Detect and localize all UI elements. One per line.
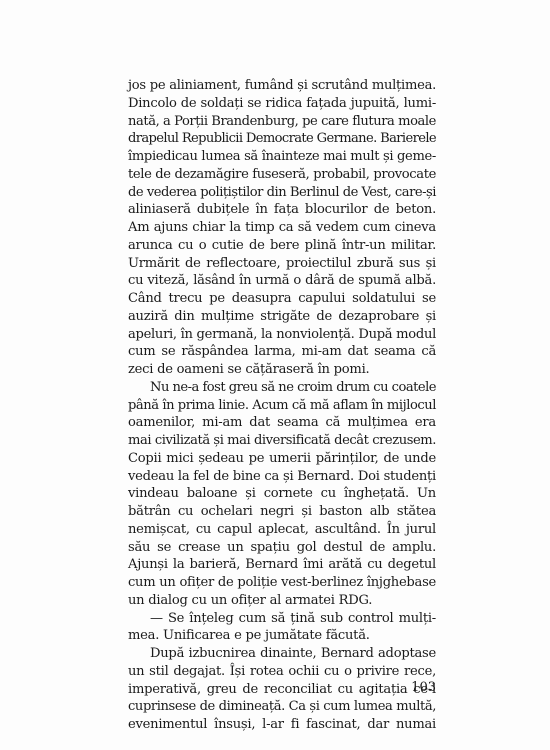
text-line: arunca cu o cutie de bere plină într-un …	[128, 237, 436, 255]
text-line: un stil degajat. Își rotea ochii cu o pr…	[128, 663, 436, 681]
text-line: Nu ne-a fost greu să ne croim drum cu co…	[128, 379, 436, 397]
text-line: Dincolo de soldați se ridica fațada jupu…	[128, 95, 436, 113]
text-line: tele de dezamăgire fuseseră, probabil, p…	[128, 166, 436, 184]
text-line: Copii mici ședeau pe umerii părinților, …	[128, 450, 436, 468]
text-line: nemișcat, cu capul aplecat, ascultând. Î…	[128, 521, 436, 539]
text-line: nată, a Porții Brandenburg, pe care flut…	[128, 113, 436, 131]
text-line: — Se înțeleg cum să țină sub control mul…	[128, 610, 436, 628]
text-line: zeci de oameni se cățăraseră în pomi.	[128, 361, 436, 379]
text-line: aliniaseră dubițele în fața blocurilor d…	[128, 201, 436, 219]
text-line: său se crease un spațiu gol destul de am…	[128, 539, 436, 557]
book-page: jos pe aliniament, fumând și scrutând mu…	[0, 0, 550, 750]
text-line: un dialog cu un ofițer al armatei RDG.	[128, 592, 436, 610]
text-line: Ajunși la barieră, Bernard îmi arătă cu …	[128, 556, 436, 574]
text-line: până în prima linie. Acum că mă aflam în…	[128, 397, 436, 415]
text-line: împiedicau lumea să înainteze mai mult ș…	[128, 148, 436, 166]
page-number: 103	[400, 680, 436, 695]
text-line: bătrân cu ochelari negri și baston alb s…	[128, 503, 436, 521]
text-line: vedeau la fel de bine ca și Bernard. Doi…	[128, 468, 436, 486]
text-line: cum un ofițer de poliție vest-berlinez î…	[128, 574, 436, 592]
text-line: cuprinsese de dimineață. Ca și cum lumea…	[128, 698, 436, 716]
text-line: evenimentul însuși, l-ar fi fascinat, da…	[128, 716, 436, 734]
text-line: cu viteză, lăsând în urmă o dâră de spum…	[128, 272, 436, 290]
text-line: imperativă, greu de reconciliat cu agita…	[128, 681, 436, 699]
text-line: Urmărit de reflectoare, proiectilul zbur…	[128, 255, 436, 273]
text-line: oamenilor, mi-am dat seama că mulțimea e…	[128, 414, 436, 432]
text-line: mea. Unificarea e pe jumătate făcută.	[128, 627, 436, 645]
text-line: jos pe aliniament, fumând și scrutând mu…	[128, 77, 436, 95]
text-line: După izbucnirea dinainte, Bernard adopta…	[128, 645, 436, 663]
text-line: de vederea polițiștilor din Berlinul de …	[128, 184, 436, 202]
body-text: jos pe aliniament, fumând și scrutând mu…	[128, 77, 436, 734]
text-line: auziră din mulțime strigăte de dezaproba…	[128, 308, 436, 326]
text-line: Am ajuns chiar la timp ca să vedem cum c…	[128, 219, 436, 237]
text-line: cum se răspândea larma, mi-am dat seama …	[128, 343, 436, 361]
text-line: apeluri, în germană, la nonviolență. Dup…	[128, 326, 436, 344]
text-line: drapelul Republicii Democrate Germane. B…	[128, 130, 436, 148]
text-line: Când trecu pe deasupra capului soldatulu…	[128, 290, 436, 308]
text-line: mai civilizată și mai diversificată decâ…	[128, 432, 436, 450]
text-line: vindeau baloane și cornete cu înghețată.…	[128, 485, 436, 503]
